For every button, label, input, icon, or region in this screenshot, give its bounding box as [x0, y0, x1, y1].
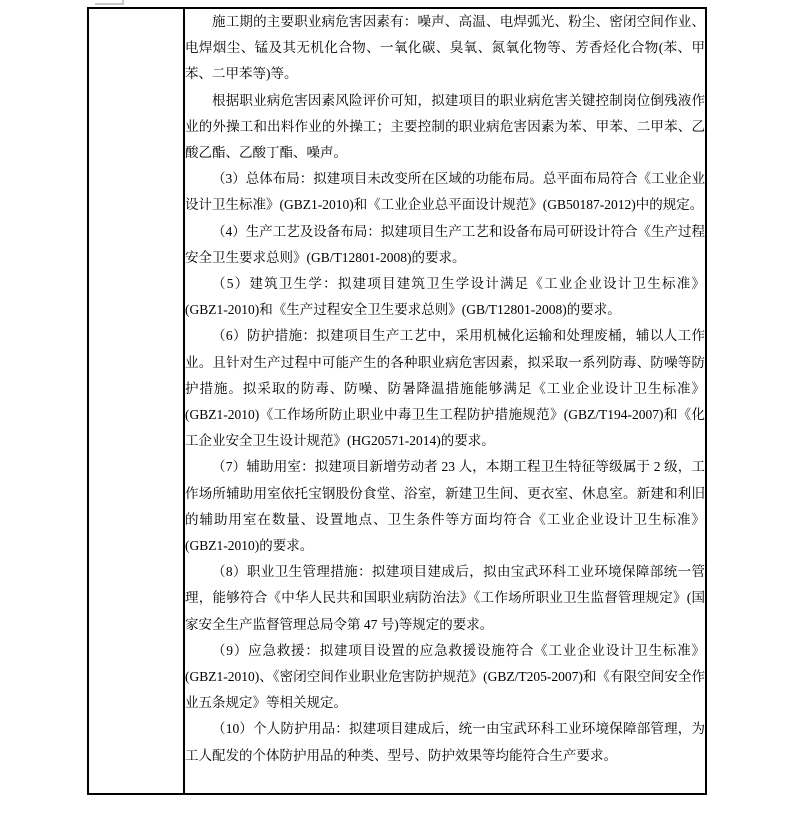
paragraph-health-management-measures: （8）职业卫生管理措施：拟建项目建成后，拟由宝武环科工业环境保障部统一管理，能够… — [185, 559, 705, 638]
paragraph-overall-layout: （3）总体布局：拟建项目未改变所在区域的功能布局。总平面布局符合《工业企业设计卫… — [185, 166, 705, 218]
paragraph-process-equipment-layout: （4）生产工艺及设备布局：拟建项目生产工艺和设备布局可研设计符合《生产过程安全卫… — [185, 219, 705, 271]
paragraph-emergency-rescue: （9）应急救援：拟建项目设置的应急救援设施符合《工业企业设计卫生标准》(GBZ1… — [185, 638, 705, 717]
table-border-artifact — [95, 3, 124, 5]
paragraph-personal-protective-equipment: （10）个人防护用品：拟建项目建成后，统一由宝武环科工业环境保障部管理，为工人配… — [185, 716, 705, 768]
table-content-cell: 施工期的主要职业病危害因素有：噪声、高温、电焊弧光、粉尘、密闭空间作业、电焊烟尘… — [184, 8, 706, 794]
table-border-artifact-tick — [122, 0, 124, 5]
paragraph-building-hygiene: （5）建筑卫生学：拟建项目建筑卫生学设计满足《工业企业设计卫生标准》(GBZ1-… — [185, 271, 705, 323]
content-text-block: 施工期的主要职业病危害因素有：噪声、高温、电焊弧光、粉尘、密闭空间作业、电焊烟尘… — [185, 9, 705, 793]
paragraph-protective-measures: （6）防护措施：拟建项目生产工艺中，采用机械化运输和处理废桶，辅以人工作业。且针… — [185, 323, 705, 454]
paragraph-auxiliary-rooms: （7）辅助用室：拟建项目新增劳动者 23 人，本期工程卫生特征等级属于 2 级，… — [185, 454, 705, 559]
paragraph-risk-evaluation-key-posts: 根据职业病危害因素风险评价可知，拟建项目的职业病危害关键控制岗位倒残液作业的外操… — [185, 88, 705, 167]
table-row: 施工期的主要职业病危害因素有：噪声、高温、电焊弧光、粉尘、密闭空间作业、电焊烟尘… — [88, 8, 706, 794]
paragraph-construction-hazard-factors: 施工期的主要职业病危害因素有：噪声、高温、电焊弧光、粉尘、密闭空间作业、电焊烟尘… — [185, 9, 705, 88]
evaluation-table: 施工期的主要职业病危害因素有：噪声、高温、电焊弧光、粉尘、密闭空间作业、电焊烟尘… — [87, 7, 707, 795]
document-page: 施工期的主要职业病危害因素有：噪声、高温、电焊弧光、粉尘、密闭空间作业、电焊烟尘… — [0, 0, 794, 818]
table-label-cell — [88, 8, 184, 794]
